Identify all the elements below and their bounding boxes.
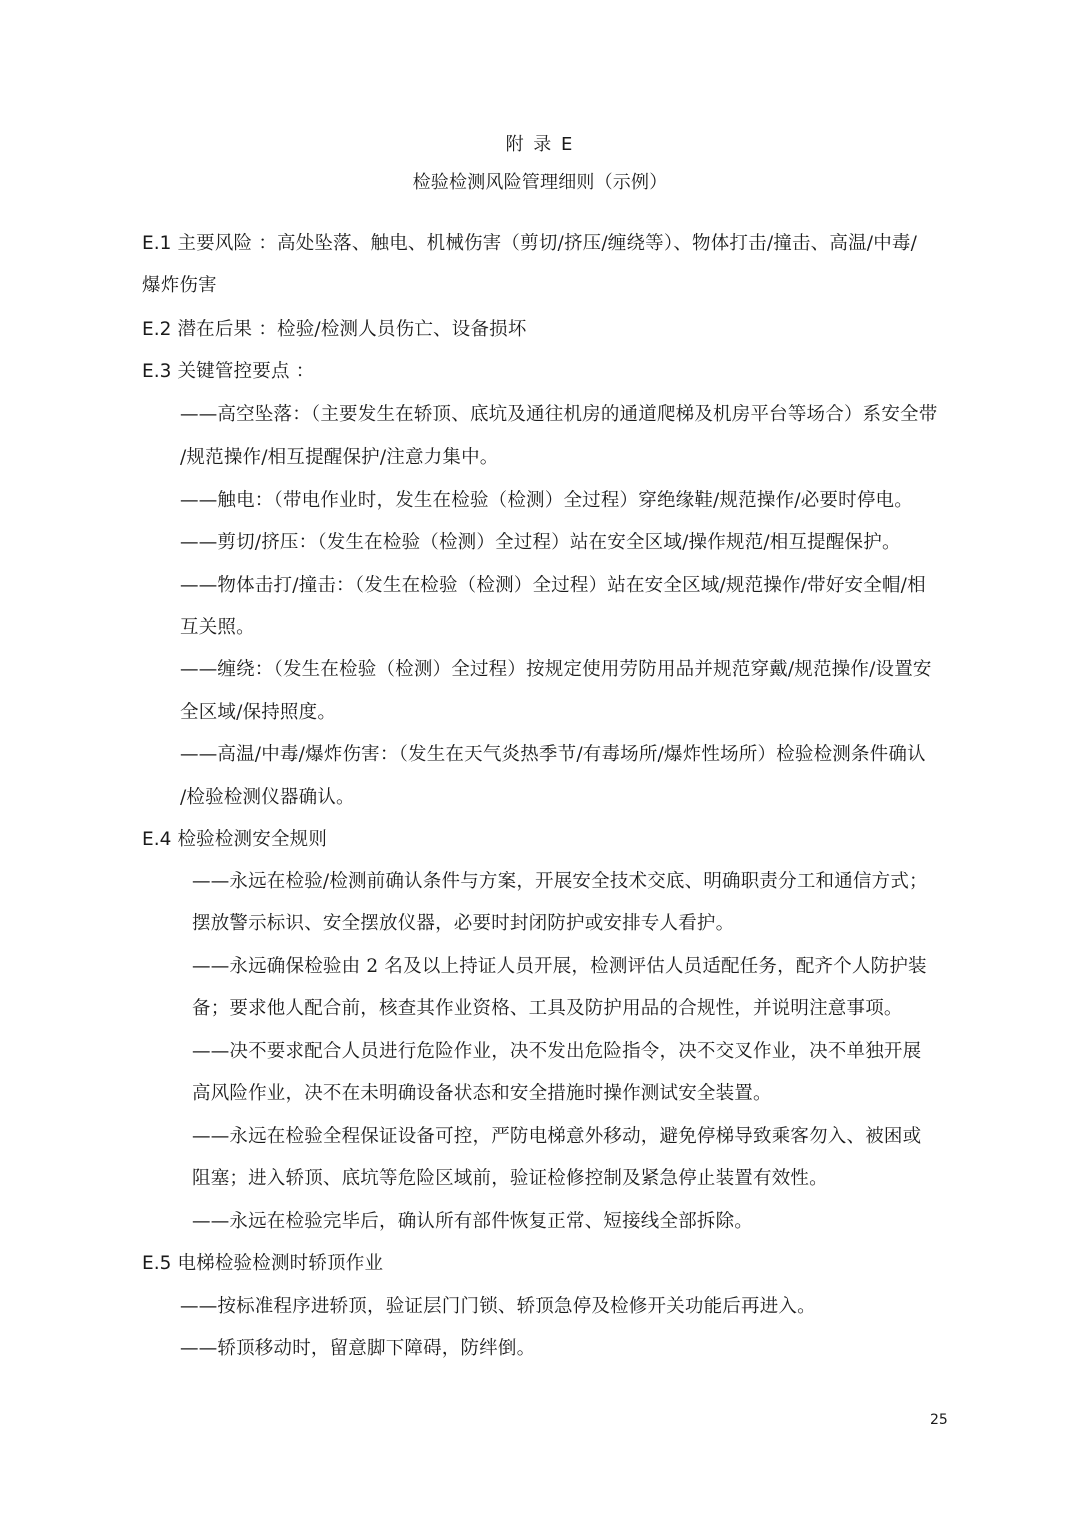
- section-e4-heading: E.4 检验检测安全规则: [142, 829, 327, 851]
- e3-item-5-cont: 全区域/保持照度。: [180, 702, 336, 724]
- page-number: 25: [930, 1412, 948, 1428]
- section-e3-heading: E.3 关键管控要点 ：: [142, 361, 314, 383]
- e3-item-4-cont: 互关照。: [180, 617, 255, 639]
- appendix-label: 附 录 E: [0, 134, 1080, 156]
- e3-item-4: ——物体击打/撞击：（发生在检验（检测）全过程）站在安全区域/规范操作/带好安全…: [180, 575, 926, 597]
- e4-item-5: ——永远在检验完毕后，确认所有部件恢复正常、短接线全部拆除。: [192, 1211, 753, 1233]
- appendix-title: 检验检测风险管理细则（示例）: [0, 172, 1080, 194]
- section-e1: E.1 主要风险 ：高处坠落、触电、机械伤害（剪切/挤压/缠绕等）、物体打击/撞…: [142, 233, 917, 255]
- section-number: E.1: [142, 233, 171, 254]
- section-text: 潜在后果 ：检验/检测人员伤亡、设备损坏: [177, 319, 526, 340]
- section-e5-heading: E.5 电梯检验检测时轿顶作业: [142, 1253, 383, 1275]
- e4-item-3-cont: 高风险作业，决不在未明确设备状态和安全措施时操作测试安全装置。: [192, 1083, 772, 1105]
- e5-item-2: ——轿顶移动时，留意脚下障碍，防绊倒。: [180, 1338, 535, 1360]
- e3-item-1: ——高空坠落：（主要发生在轿顶、底坑及通往机房的通道爬梯及机房平台等场合）系安全…: [180, 404, 937, 426]
- section-number: E.2: [142, 319, 171, 340]
- e4-item-2-cont: 备；要求他人配合前，核查其作业资格、工具及防护用品的合规性，并说明注意事项。: [192, 998, 903, 1020]
- e4-item-4-cont: 阻塞；进入轿顶、底坑等危险区域前，验证检修控制及紧急停止装置有效性。: [192, 1168, 828, 1190]
- section-e2: E.2 潜在后果 ：检验/检测人员伤亡、设备损坏: [142, 319, 527, 341]
- document-page: 附 录 E 检验检测风险管理细则（示例） E.1 主要风险 ：高处坠落、触电、机…: [0, 0, 1080, 1527]
- e3-item-5: ——缠绕：（发生在检验（检测）全过程）按规定使用劳防用品并规范穿戴/规范操作/设…: [180, 659, 932, 681]
- e3-item-6-cont: /检验检测仪器确认。: [180, 787, 355, 809]
- e5-item-1: ——按标准程序进轿顶，验证层门门锁、轿顶急停及检修开关功能后再进入。: [180, 1296, 816, 1318]
- e3-item-6: ——高温/中毒/爆炸伤害：（发生在天气炎热季节/有毒场所/爆炸性场所）检验检测条…: [180, 744, 926, 766]
- e4-item-3: ——决不要求配合人员进行危险作业，决不发出危险指令，决不交叉作业，决不单独开展: [192, 1041, 921, 1063]
- e3-item-2: ——触电：（带电作业时，发生在检验（检测）全过程）穿绝缘鞋/规范操作/必要时停电…: [180, 490, 913, 512]
- e4-item-1: ——永远在检验/检测前确认条件与方案，开展安全技术交底、明确职责分工和通信方式；: [192, 871, 928, 893]
- e3-item-1-cont: /规范操作/相互提醒保护/注意力集中。: [180, 447, 499, 469]
- section-text: 主要风险 ：高处坠落、触电、机械伤害（剪切/挤压/缠绕等）、物体打击/撞击、高温…: [177, 233, 917, 254]
- section-e1-cont: 爆炸伤害: [142, 275, 217, 297]
- e3-item-3: ——剪切/挤压：（发生在检验（检测）全过程）站在安全区域/操作规范/相互提醒保护…: [180, 532, 901, 554]
- e4-item-2: ——永远确保检验由 2 名及以上持证人员开展，检测评估人员适配任务，配齐个人防护…: [192, 956, 927, 978]
- e4-item-4: ——永远在检验全程保证设备可控，严防电梯意外移动，避免停梯导致乘客勿入、被困或: [192, 1126, 921, 1148]
- e4-item-1-cont: 摆放警示标识、安全摆放仪器，必要时封闭防护或安排专人看护。: [192, 913, 734, 935]
